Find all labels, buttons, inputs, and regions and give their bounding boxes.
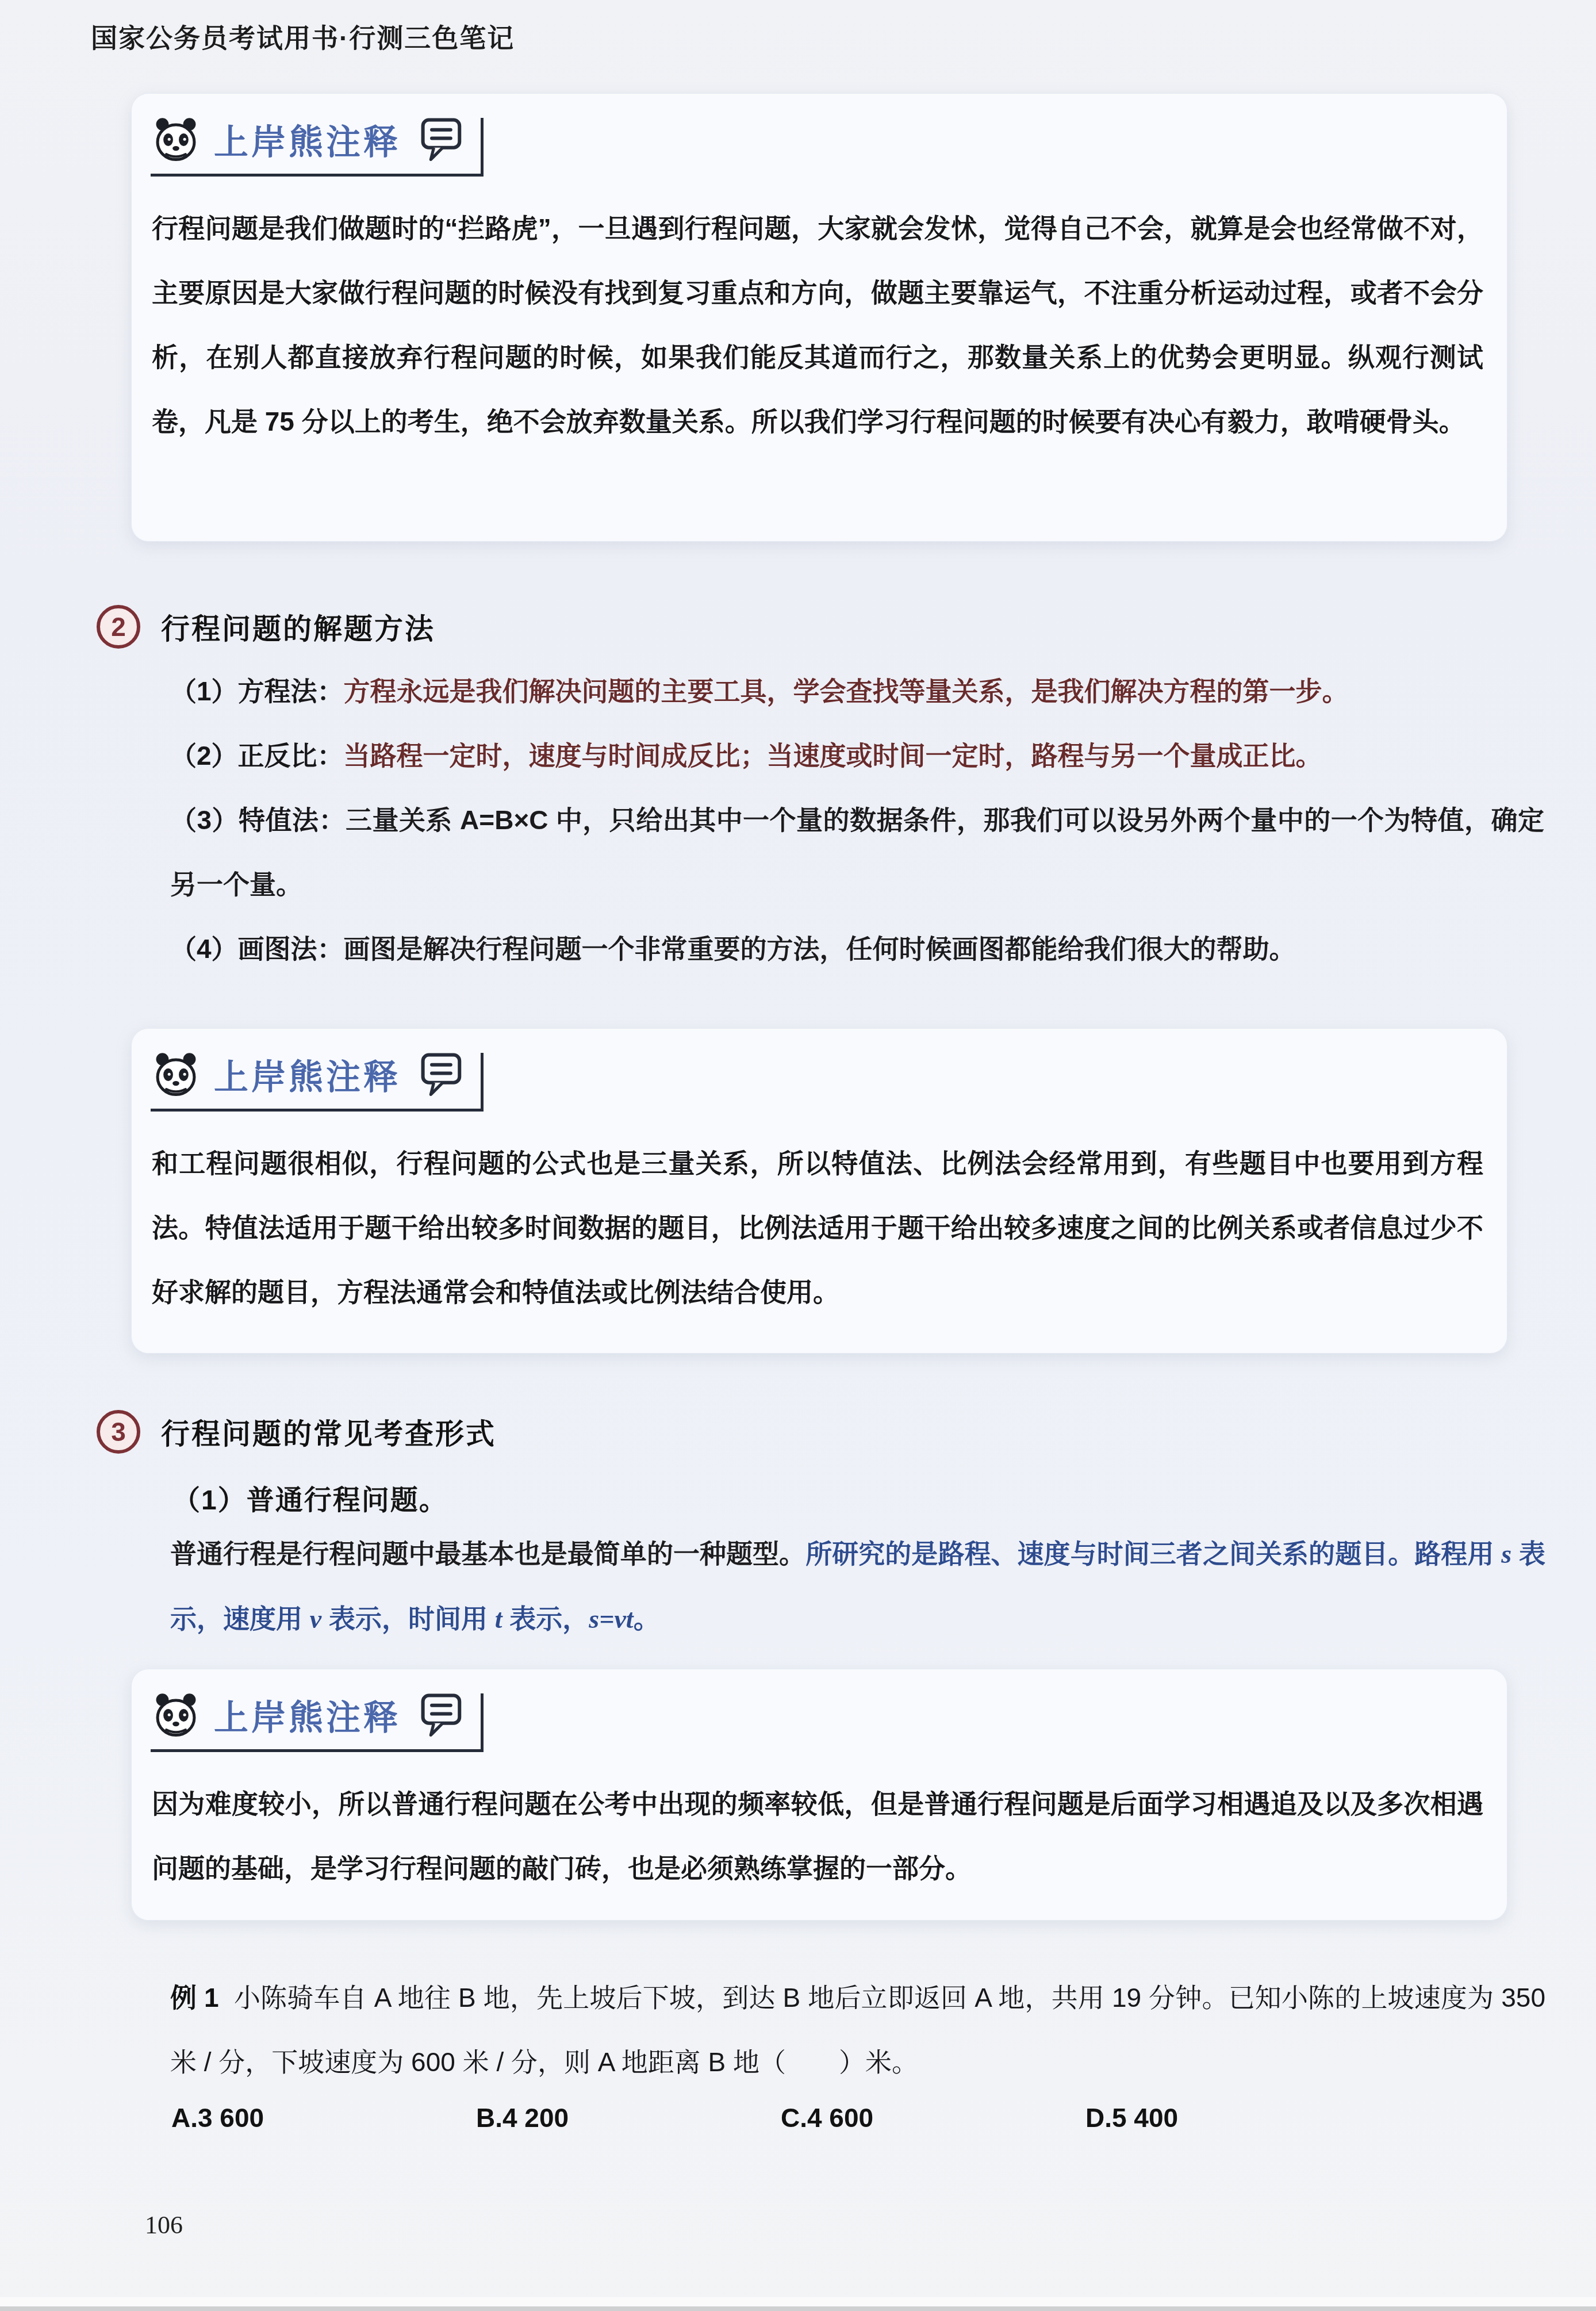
list-item: （3）特值法：三量关系 A=B×C 中，只给出其中一个量的数据条件，那我们可以设… xyxy=(170,788,1544,917)
annotation-box-1: 上岸熊注释 行程问题是我们做题时的“拦路虎”，一旦遇到行程问题，大家就会发怵，觉… xyxy=(131,93,1507,542)
subsection-heading: （1）普通行程问题。 xyxy=(172,1478,448,1517)
example-text: 小陈骑车自 A 地往 B 地，先上坡后下坡，到达 B 地后立即返回 A 地，共用… xyxy=(170,1983,1545,2077)
annotation-box-header: 上岸熊注释 xyxy=(151,1691,484,1752)
annotation-label: 上岸熊注释 xyxy=(214,115,401,164)
annotation-text: 因为难度较小，所以普通行程问题在公考中出现的频率较低，但是普通行程问题是后面学习… xyxy=(152,1772,1483,1900)
example-question: 例 1小陈骑车自 A 地往 B 地，先上坡后下坡，到达 B 地后立即返回 A 地… xyxy=(170,1965,1545,2094)
option-c: C.4 600 xyxy=(781,2102,1085,2133)
list-item: （2）正反比：当路程一定时，速度与时间成反比；当速度或时间一定时，路程与另一个量… xyxy=(170,723,1544,788)
section-number-badge: 2 xyxy=(97,605,140,649)
annotation-label: 上岸熊注释 xyxy=(214,1050,401,1099)
option-a: A.3 600 xyxy=(171,2102,476,2133)
section-title: 行程问题的常见考查形式 xyxy=(161,1411,496,1452)
methods-list: （1）方程法：方程永远是我们解决问题的主要工具，学会查找等量关系，是我们解决方程… xyxy=(170,659,1544,981)
annotation-box-2: 上岸熊注释 和工程问题很相似，行程问题的公式也是三量关系，所以特值法、比例法会经… xyxy=(131,1028,1507,1354)
example-label: 例 1 xyxy=(170,1983,219,2013)
page-bottom-edge xyxy=(0,2297,1596,2311)
panda-bear-icon xyxy=(152,116,200,164)
panda-bear-icon xyxy=(152,1691,200,1739)
annotation-box-3: 上岸熊注释 因为难度较小，所以普通行程问题在公考中出现的频率较低，但是普通行程问… xyxy=(131,1669,1507,1921)
section-heading-2: 2 行程问题的解题方法 xyxy=(97,605,435,649)
annotation-text: 和工程问题很相似，行程问题的公式也是三量关系，所以特值法、比例法会经常用到，有些… xyxy=(152,1131,1483,1324)
speech-bubble-icon xyxy=(418,115,467,164)
answer-options: A.3 600 B.4 200 C.4 600 D.5 400 xyxy=(171,2102,1390,2133)
list-item: （4）画图法：画图是解决行程问题一个非常重要的方法，任何时候画图都能给我们很大的… xyxy=(170,917,1544,981)
panda-bear-icon xyxy=(152,1051,200,1099)
annotation-box-header: 上岸熊注释 xyxy=(151,1050,484,1112)
section-title: 行程问题的解题方法 xyxy=(161,606,435,647)
book-page: 国家公务员考试用书·行测三色笔记 xyxy=(0,0,1596,2311)
page-number: 106 xyxy=(145,2210,183,2240)
speech-bubble-icon xyxy=(418,1050,467,1099)
speech-bubble-icon xyxy=(418,1691,467,1740)
option-b: B.4 200 xyxy=(476,2102,781,2133)
intro-paragraph: 普通行程是行程问题中最基本也是最简单的一种题型。所研究的是路程、速度与时间三者之… xyxy=(170,1521,1545,1651)
annotation-text: 行程问题是我们做题时的“拦路虎”，一旦遇到行程问题，大家就会发怵，觉得自己不会，… xyxy=(152,196,1483,454)
running-header: 国家公务员考试用书·行测三色笔记 xyxy=(91,17,515,55)
annotation-box-header: 上岸熊注释 xyxy=(151,115,484,177)
list-item: （1）方程法：方程永远是我们解决问题的主要工具，学会查找等量关系，是我们解决方程… xyxy=(170,659,1544,723)
section-heading-3: 3 行程问题的常见考查形式 xyxy=(97,1410,496,1454)
section-number-badge: 3 xyxy=(97,1410,140,1454)
option-d: D.5 400 xyxy=(1085,2102,1390,2133)
annotation-label: 上岸熊注释 xyxy=(214,1691,401,1740)
